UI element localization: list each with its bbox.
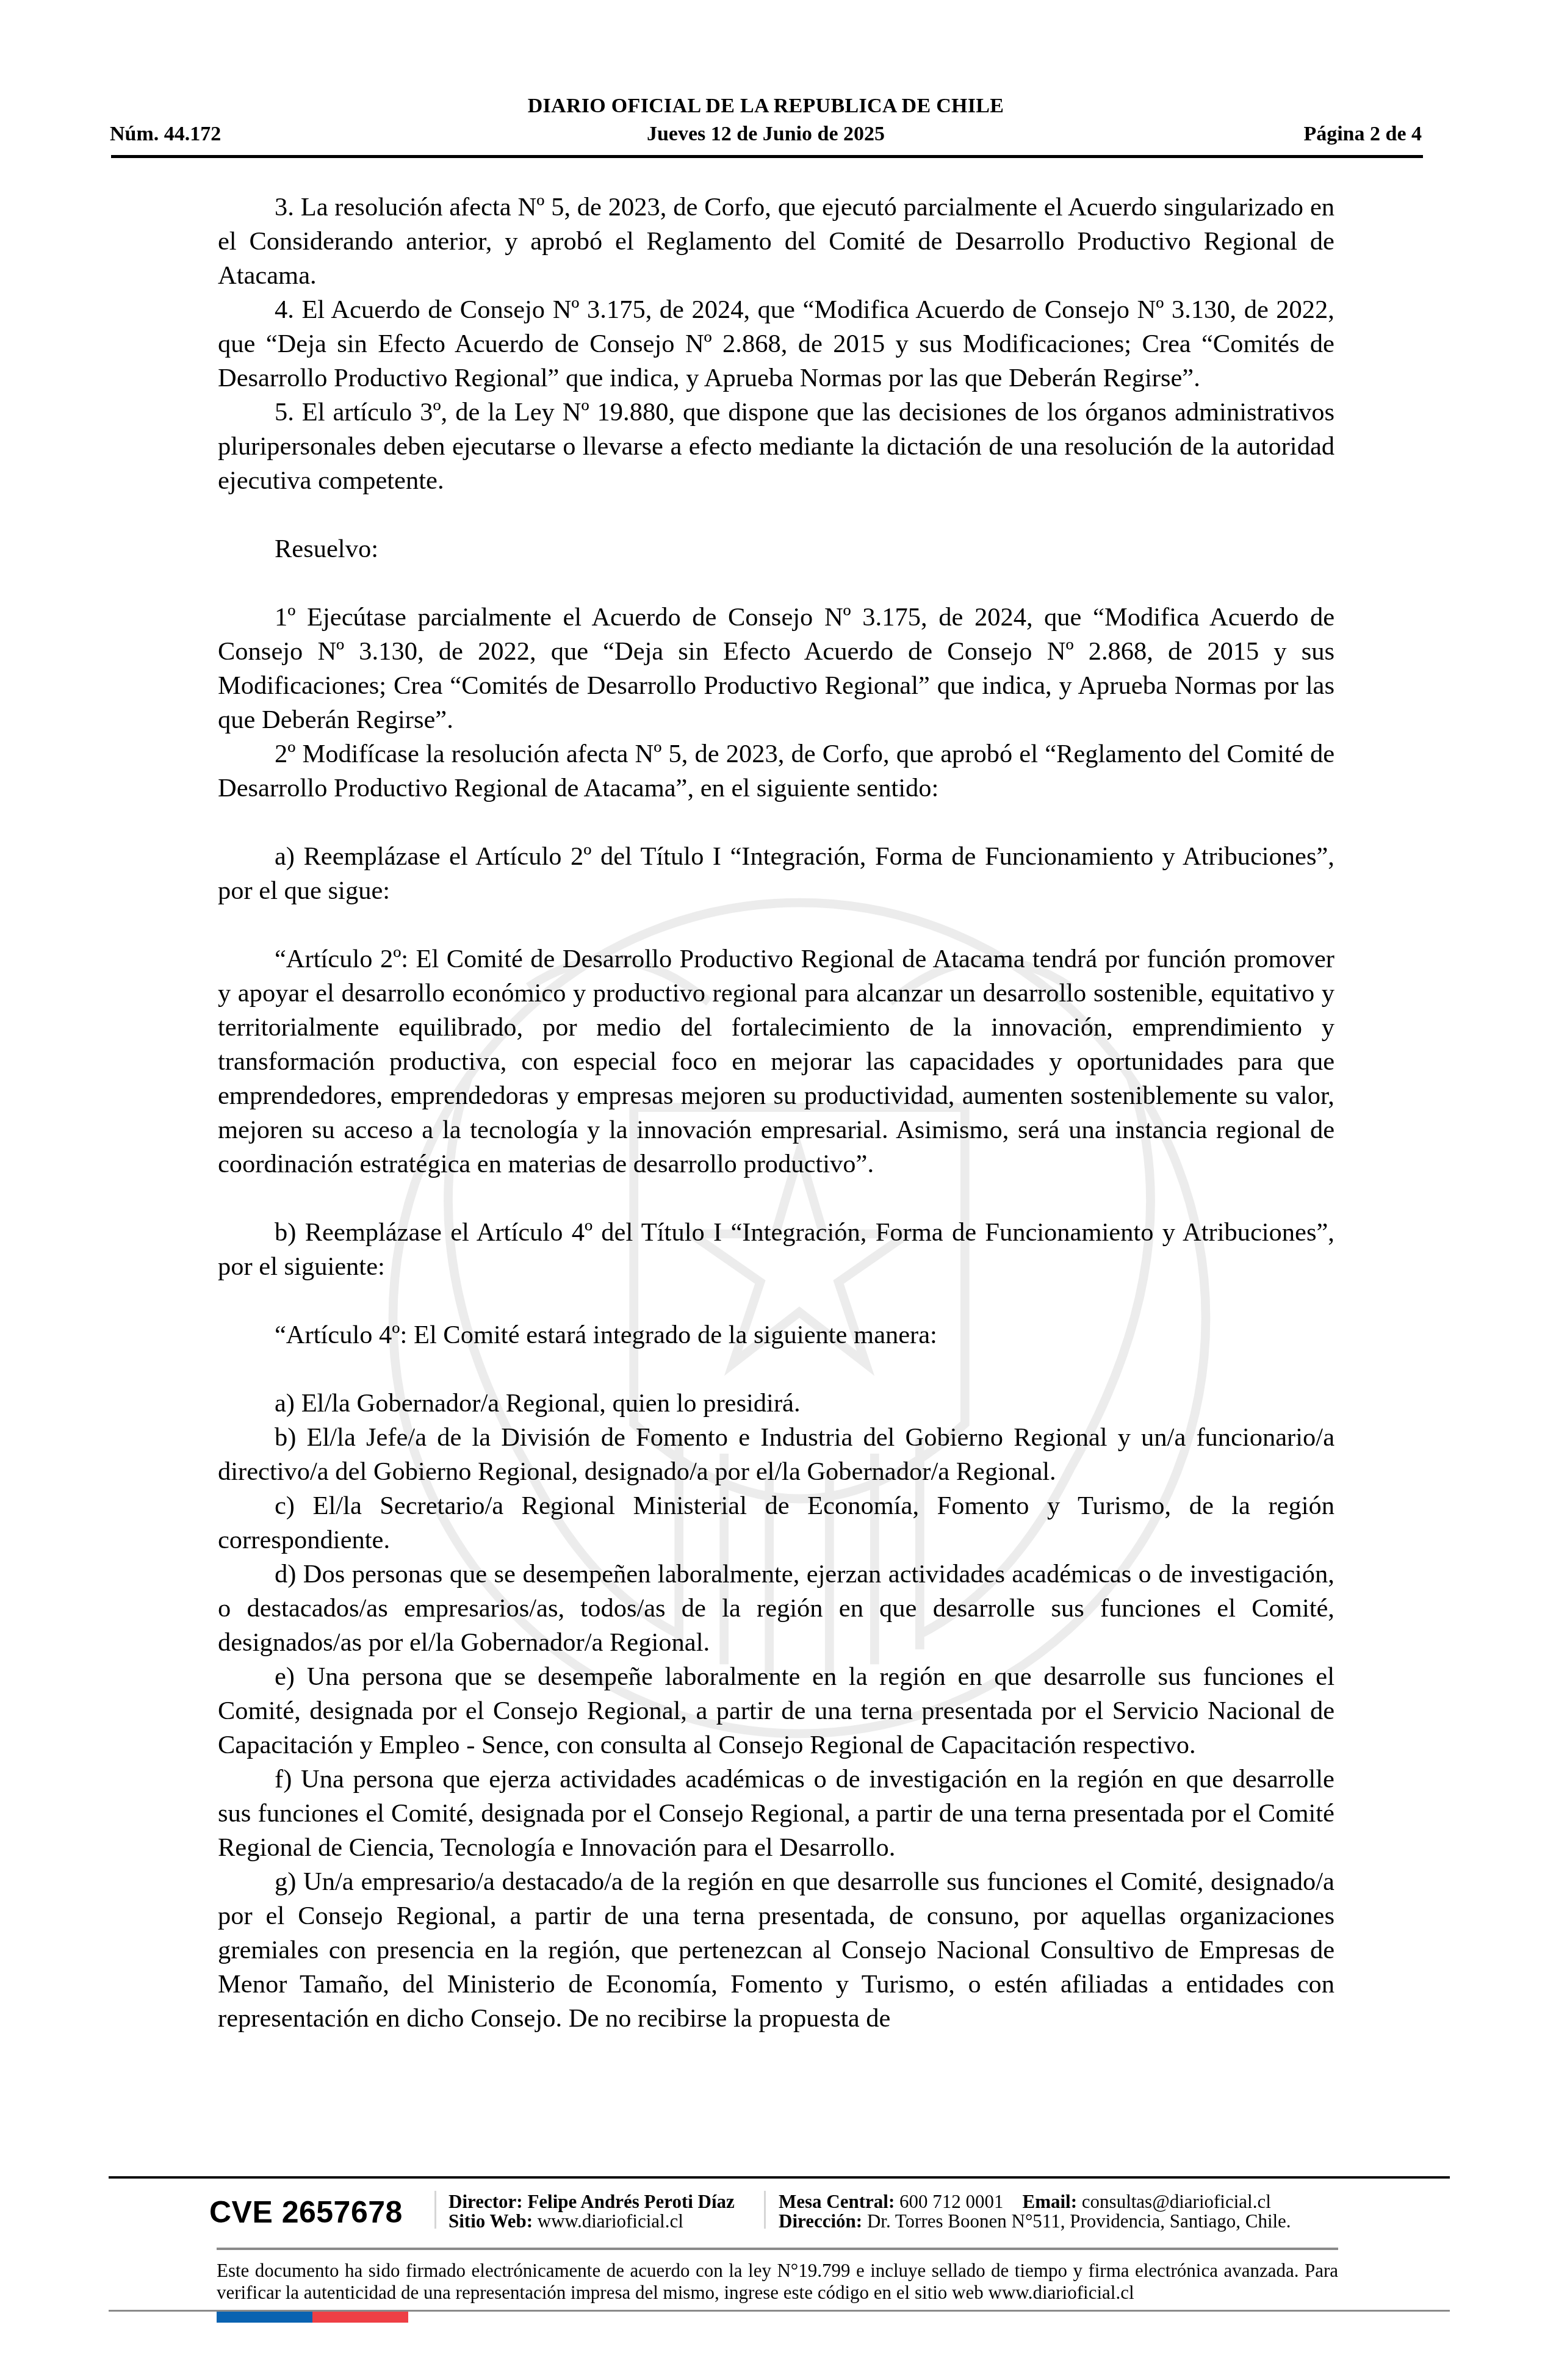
modification-a: a) Reemplázase el Artículo 2º del Título… <box>218 840 1334 908</box>
modification-b: b) Reemplázase el Artículo 4º del Título… <box>218 1216 1334 1284</box>
footer-separator <box>764 2191 766 2229</box>
footer-contact-block: Mesa Central: 600 712 0001 Email: consul… <box>779 2192 1291 2231</box>
footer-divider-middle <box>217 2248 1338 2250</box>
footer-divider-top <box>109 2176 1450 2179</box>
website-label: Sitio Web: <box>448 2210 533 2232</box>
resuelvo-1: 1º Ejecútase parcialmente el Acuerdo de … <box>218 600 1334 737</box>
member-item-d: d) Dos personas que se desempeñen labora… <box>218 1557 1334 1660</box>
considerando-3: 3. La resolución afecta Nº 5, de 2023, d… <box>218 190 1334 293</box>
publication-date: Jueves 12 de Junio de 2025 <box>110 123 1422 146</box>
member-item-f: f) Una persona que ejerza actividades ac… <box>218 1762 1334 1865</box>
email-link[interactable]: consultas@diarioficial.cl <box>1082 2191 1271 2212</box>
member-item-g: g) Un/a empresario/a destacado/a de la r… <box>218 1865 1334 2036</box>
member-item-e: e) Una persona que se desempeñe laboralm… <box>218 1660 1334 1762</box>
member-item-a: a) El/la Gobernador/a Regional, quien lo… <box>218 1387 1334 1421</box>
phone-label: Mesa Central: <box>779 2191 895 2212</box>
member-item-c: c) El/la Secretario/a Regional Ministeri… <box>218 1489 1334 1557</box>
resuelvo-2: 2º Modifícase la resolución afecta Nº 5,… <box>218 737 1334 806</box>
article-4-intro: “Artículo 4º: El Comité estará integrado… <box>218 1318 1334 1352</box>
phone-number: 600 712 0001 <box>899 2191 1004 2212</box>
footer-director-block: Director: Felipe Andrés Peroti Díaz Siti… <box>448 2192 735 2231</box>
resuelvo-heading: Resuelvo: <box>218 532 1334 566</box>
page-indicator: Página 2 de 4 <box>1303 123 1422 146</box>
header-meta-row: Núm. 44.172 Jueves 12 de Junio de 2025 P… <box>110 123 1422 150</box>
director-label: Director: <box>448 2191 523 2212</box>
address-text: Dr. Torres Boonen N°511, Providencia, Sa… <box>867 2210 1291 2232</box>
considerando-4: 4. El Acuerdo de Consejo Nº 3.175, de 20… <box>218 293 1334 395</box>
website-link[interactable]: www.diarioficial.cl <box>538 2210 683 2232</box>
director-name: Felipe Andrés Peroti Díaz <box>527 2191 735 2212</box>
considerando-5: 5. El artículo 3º, de la Ley Nº 19.880, … <box>218 395 1334 498</box>
header-divider <box>111 155 1423 158</box>
member-item-b: b) El/la Jefe/a de la División de Foment… <box>218 1421 1334 1489</box>
footer-separator <box>434 2191 436 2229</box>
flag-stripe-red <box>312 2312 408 2323</box>
address-label: Dirección: <box>779 2210 862 2232</box>
electronic-signature-notice: Este documento ha sido firmado electróni… <box>217 2260 1338 2304</box>
email-label: Email: <box>1023 2191 1078 2212</box>
publication-title: DIARIO OFICIAL DE LA REPUBLICA DE CHILE <box>110 95 1422 118</box>
flag-stripe-blue <box>217 2312 312 2323</box>
document-body: 3. La resolución afecta Nº 5, de 2023, d… <box>218 190 1334 2036</box>
cve-code: CVE 2657678 <box>209 2194 403 2230</box>
article-2-text: “Artículo 2º: El Comité de Desarrollo Pr… <box>218 942 1334 1181</box>
